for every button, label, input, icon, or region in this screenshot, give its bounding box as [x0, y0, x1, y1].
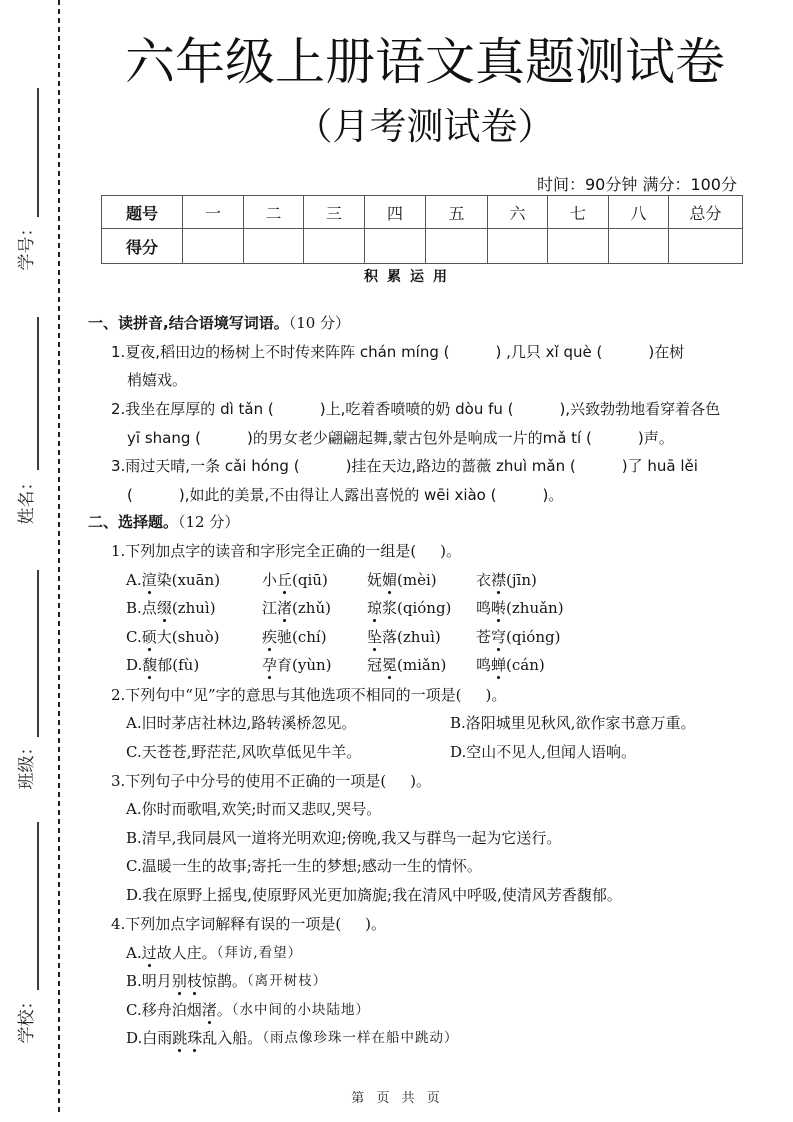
s2-q4-option-a: A.过故人庄。（拜访,看望） [126, 943, 302, 963]
option-label: D. [126, 1029, 142, 1047]
student-id-label: 学号： [17, 220, 37, 271]
word-pinyin: 落(zhuì) [382, 628, 441, 646]
answer-blank[interactable] [201, 428, 247, 448]
column-header: 七 [548, 196, 609, 229]
part-heading: 积累运用 [330, 268, 490, 286]
option-item: 鸣啭(zhuǎn) [476, 598, 564, 618]
option-text: 惊鹊。 [202, 972, 247, 990]
answer-blank[interactable] [514, 399, 560, 419]
s2-q4-option-c: C.移舟泊烟渚。（水中间的小块陆地） [126, 1000, 370, 1020]
word-pinyin: (cán) [506, 656, 545, 674]
option-explanation: （水中间的小块陆地） [232, 1002, 370, 1018]
column-header: 三 [304, 196, 365, 229]
option-explanation: （拜访,看望） [217, 945, 303, 961]
s2-q4-option-d: D.白雨跳珠乱入船。（雨点像珍珠一样在船中跳动） [126, 1028, 459, 1048]
time-score-info: 时间：90分钟 满分：100分 [537, 175, 737, 195]
column-header-total: 总分 [669, 196, 743, 229]
answer-blank[interactable] [450, 342, 496, 362]
option-text: C.天苍苍,野茫茫,风吹草低见牛羊。 [126, 743, 361, 761]
answer-blank[interactable] [462, 685, 486, 705]
dotted-character: 渲 [142, 571, 157, 595]
option-text: 。 [217, 1001, 232, 1019]
word-text: 鸣 [476, 656, 491, 674]
school-field[interactable] [37, 822, 39, 990]
column-header: 五 [426, 196, 488, 229]
answer-blank[interactable] [592, 428, 638, 448]
option-item: 疾驰(chí) [262, 627, 327, 647]
option-item: 鸣蝉(cán) [476, 655, 545, 675]
question-text: 2.我坐在厚厚的 dì tǎn ( [111, 400, 274, 418]
option-explanation: （离开树枝） [247, 973, 327, 989]
option-c: C.天苍苍,野茫茫,风吹草低见牛羊。 [126, 742, 361, 762]
s2-q1-option-c: C.硕大(shuò) 疾驰(chí) 坠落(zhuì) 苍穹(qióng) [0, 627, 793, 647]
s2-q3-option-b: B.清早,我同晨风一道将光明欢迎;傍晚,我又与群鸟一起为它送行。 [126, 828, 561, 848]
s2-question-2-stem: 2.下列句中“见”字的意思与其他选项不相同的一项是()。 [111, 685, 506, 705]
word-pinyin: 染(xuān) [157, 571, 220, 589]
answer-blank[interactable] [341, 914, 365, 934]
score-row-label: 得分 [102, 229, 183, 264]
student-id-field[interactable] [37, 88, 39, 217]
option-label: D. [126, 656, 142, 674]
dotted-character: 孕 [262, 656, 277, 680]
binding-dashed-line [58, 0, 60, 1112]
question-text: 1.夏夜,稻田边的杨树上不时传来阵阵 chán míng ( [111, 343, 450, 361]
score-cell[interactable] [365, 229, 426, 264]
exam-title: 六年级上册语文真题测试卷 [100, 34, 750, 90]
s2-q3-option-c: C.温暖一生的故事;寄托一生的梦想;感动一生的情怀。 [126, 856, 482, 876]
score-cell-total[interactable] [669, 229, 743, 264]
word-text: 小 [262, 571, 277, 589]
word-pinyin: 郁(fù) [157, 656, 199, 674]
s2-q3-option-d: D.我在原野上摇曳,使原野风光更加旖旎;我在清风中呼吸,使清风芳香馥郁。 [126, 885, 622, 905]
class-field[interactable] [37, 570, 39, 737]
option-explanation: （雨点像珍珠一样在船中跳动） [262, 1030, 458, 1046]
question-stem: 4.下列加点字词解释有误的一项是( [111, 915, 341, 933]
student-name-label: 姓名： [17, 474, 37, 525]
word-pinyin: (jīn) [506, 571, 537, 589]
option-item: 小丘(qiū) [262, 570, 328, 590]
question-stem-end: )。 [365, 915, 386, 933]
option-text: 故人庄。 [157, 944, 217, 962]
dotted-character: 穹 [491, 628, 506, 652]
dotted-character: 媚 [382, 571, 397, 595]
question-text: )挂在天边,路边的蔷薇 zhuì mǎn ( [346, 457, 576, 475]
dotted-character: 硕 [142, 628, 157, 652]
question-text: ),如此的美景,不由得让人露出喜悦的 wēi xiào ( [179, 486, 497, 504]
school-label: 学校： [17, 993, 37, 1044]
option-label: C. [126, 1001, 142, 1019]
exam-subtitle: （月考测试卷） [100, 106, 750, 148]
word-pinyin: (zhǔ) [292, 599, 331, 617]
dotted-character: 坠 [367, 628, 382, 652]
s2-q4-option-b: B.明月别枝惊鹊。（离开树枝） [126, 971, 327, 991]
question-text: 3.雨过天晴,一条 cǎi hóng ( [111, 457, 300, 475]
s1-question-1-line-1: 1.夏夜,稻田边的杨树上不时传来阵阵 chán míng () ,几只 xǐ q… [111, 342, 684, 362]
s2-question-4-stem: 4.下列加点字词解释有误的一项是()。 [111, 914, 386, 934]
s1-question-1-line-2: 梢嬉戏。 [127, 370, 187, 390]
option-item: 江渚(zhǔ) [262, 598, 331, 618]
score-cell[interactable] [304, 229, 365, 264]
question-stem: 2.下列句中“见”字的意思与其他选项不相同的一项是( [111, 686, 462, 704]
s1-question-2-line-2: yī shang ()的男女老少翩翩起舞,蒙古包外是响成一片的mǎ tí ()声… [127, 428, 674, 448]
option-text: A.旧时茅店社林边,路转溪桥忽见。 [126, 714, 356, 732]
dotted-character: 跳珠 [172, 1029, 202, 1053]
word-text: 冠 [367, 656, 382, 674]
question-number-label: 题号 [102, 196, 183, 229]
option-item: 琼浆(qióng) [367, 598, 451, 618]
s1-question-3-line-1: 3.雨过天晴,一条 cǎi hóng ()挂在天边,路边的蔷薇 zhuì mǎn… [111, 456, 698, 476]
answer-blank[interactable] [386, 771, 410, 791]
word-pinyin: (qiū) [292, 571, 328, 589]
answer-blank[interactable] [274, 399, 320, 419]
question-text: )了 huā lěi [622, 457, 698, 475]
option-item: 冠冕(miǎn) [367, 655, 446, 675]
option-d: D.空山不见人,但闻人语响。 [450, 742, 636, 762]
question-text: )上,吃着香喷喷的奶 dòu fu ( [320, 400, 514, 418]
question-stem: 3.下列句子中分号的使用不正确的一项是( [111, 772, 386, 790]
option-item: 妩媚(mèi) [367, 570, 437, 590]
question-text: 梢嬉戏。 [127, 371, 187, 389]
option-item: A.渲染(xuān) [126, 570, 220, 590]
word-text: 江 [262, 599, 277, 617]
score-cell[interactable] [244, 229, 304, 264]
word-pinyin: 驰(chí) [277, 628, 327, 646]
dotted-character: 琼 [367, 599, 382, 623]
score-table-header-row: 题号 一 二 三 四 五 六 七 八 总分 [102, 196, 743, 229]
dotted-character: 渚 [277, 599, 292, 623]
dotted-character: 疾 [262, 628, 277, 652]
option-b: B.洛阳城里见秋风,欲作家书意万重。 [450, 713, 696, 733]
option-text: B.清早,我同晨风一道将光明欢迎;傍晚,我又与群鸟一起为它送行。 [126, 829, 561, 847]
score-cell[interactable] [426, 229, 488, 264]
section-2-title: 二、选择题。（12 分） [88, 512, 239, 532]
s2-question-3-stem: 3.下列句子中分号的使用不正确的一项是()。 [111, 771, 431, 791]
word-pinyin: 浆(qióng) [382, 599, 451, 617]
option-item: C.硕大(shuò) [126, 627, 220, 647]
option-item: B.点缀(zhuì) [126, 598, 216, 618]
option-text: 明月 [142, 972, 172, 990]
option-label: A. [126, 944, 142, 962]
dotted-character: 襟 [491, 571, 506, 595]
word-pinyin: (mèi) [397, 571, 437, 589]
s2-q1-option-b: B.点缀(zhuì) 江渚(zhǔ) 琼浆(qióng) 鸣啭(zhuǎn) [0, 598, 793, 618]
word-pinyin: 育(yùn) [277, 656, 332, 674]
dotted-character: 渚 [202, 1001, 217, 1025]
question-text: yī shang ( [127, 429, 201, 447]
option-item: D.馥郁(fù) [126, 655, 199, 675]
answer-blank[interactable] [602, 342, 648, 362]
dotted-character: 啭 [491, 599, 506, 623]
word-pinyin: (zhuǎn) [506, 599, 564, 617]
option-text: 白雨 [142, 1029, 172, 1047]
dotted-character: 馥 [142, 656, 157, 680]
column-header: 二 [244, 196, 304, 229]
question-text: )在树 [648, 343, 684, 361]
option-a: A.旧时茅店社林边,路转溪桥忽见。 [126, 713, 356, 733]
score-cell[interactable] [183, 229, 244, 264]
score-table-score-row: 得分 [102, 229, 743, 264]
word-text: 妩 [367, 571, 382, 589]
word-pinyin: 大(shuò) [157, 628, 220, 646]
option-text: 乱入船。 [202, 1029, 262, 1047]
option-label: C. [126, 628, 142, 646]
option-text: D.我在原野上摇曳,使原野风光更加旖旎;我在清风中呼吸,使清风芳香馥郁。 [126, 886, 622, 904]
s1-question-3-line-2: (),如此的美景,不由得让人露出喜悦的 wēi xiào ()。 [127, 485, 563, 505]
option-label: A. [126, 571, 142, 589]
answer-blank[interactable] [496, 485, 542, 505]
question-text: )声。 [638, 429, 674, 447]
score-cell[interactable] [609, 229, 669, 264]
column-header: 一 [183, 196, 244, 229]
dotted-character: 过 [142, 944, 157, 968]
dotted-character: 别枝 [172, 972, 202, 996]
option-item: 衣襟(jīn) [476, 570, 537, 590]
dotted-character: 缀 [157, 599, 172, 623]
option-item: 孕育(yùn) [262, 655, 332, 675]
dotted-character: 冕 [382, 656, 397, 680]
question-stem-end: )。 [486, 686, 507, 704]
column-header: 六 [488, 196, 548, 229]
score-cell[interactable] [488, 229, 548, 264]
word-text: 衣 [476, 571, 491, 589]
question-stem-end: )。 [410, 772, 431, 790]
column-header: 四 [365, 196, 426, 229]
option-text: C.温暖一生的故事;寄托一生的梦想;感动一生的情怀。 [126, 857, 482, 875]
s2-question-1-stem: 1.下列加点字的读音和字形完全正确的一组是()。 [111, 541, 461, 561]
word-pinyin: (qióng) [506, 628, 560, 646]
question-text: )。 [542, 486, 563, 504]
s2-q2-options-row-2: C.天苍苍,野茫茫,风吹草低见牛羊。 D.空山不见人,但闻人语响。 [0, 742, 793, 762]
option-label: B. [126, 972, 142, 990]
option-text: D.空山不见人,但闻人语响。 [450, 743, 636, 761]
answer-blank[interactable] [576, 456, 622, 476]
option-item: 苍穹(qióng) [476, 627, 560, 647]
dotted-character: 丘 [277, 571, 292, 595]
dotted-character: 蝉 [491, 656, 506, 680]
word-text: 苍 [476, 628, 491, 646]
s1-question-2-line-1: 2.我坐在厚厚的 dì tǎn ()上,吃着香喷喷的奶 dòu fu (),兴致… [111, 399, 720, 419]
page-number-footer: 第 页 共 页 [300, 1091, 495, 1107]
question-stem: 1.下列加点字的读音和字形完全正确的一组是( [111, 542, 416, 560]
answer-blank[interactable] [133, 485, 179, 505]
question-stem-end: )。 [440, 542, 461, 560]
section-title-text: 二、选择题。 [88, 513, 178, 531]
option-text: A.你时而歌唱,欢笑;时而又悲叹,哭号。 [126, 800, 381, 818]
option-text: B.洛阳城里见秋风,欲作家书意万重。 [450, 714, 696, 732]
word-text: 点 [142, 599, 157, 617]
question-text: )的男女老少翩翩起舞,蒙古包外是响成一片的mǎ tí ( [247, 429, 592, 447]
section-points: （12 分） [178, 513, 239, 531]
option-label: B. [126, 599, 142, 617]
column-header: 八 [609, 196, 669, 229]
answer-blank[interactable] [416, 541, 440, 561]
s2-q1-option-d: D.馥郁(fù) 孕育(yùn) 冠冕(miǎn) 鸣蝉(cán) [0, 655, 793, 675]
option-item: 坠落(zhuì) [367, 627, 441, 647]
question-text: ),兴致勃勃地看穿着各色 [560, 400, 721, 418]
s2-q3-option-a: A.你时而歌唱,欢笑;时而又悲叹,哭号。 [126, 799, 381, 819]
score-table: 题号 一 二 三 四 五 六 七 八 总分 得分 [101, 195, 743, 264]
option-text: 移舟泊烟 [142, 1001, 202, 1019]
word-pinyin: (miǎn) [397, 656, 446, 674]
answer-blank[interactable] [300, 456, 346, 476]
word-pinyin: (zhuì) [172, 599, 216, 617]
score-cell[interactable] [548, 229, 609, 264]
word-text: 鸣 [476, 599, 491, 617]
s2-q1-option-a: A.渲染(xuān) 小丘(qiū) 妩媚(mèi) 衣襟(jīn) [0, 570, 793, 590]
section-points: （10 分） [289, 314, 350, 332]
section-title-text: 一、读拼音,结合语境写词语。 [88, 314, 289, 332]
question-text: ) ,几只 xǐ què ( [496, 343, 603, 361]
student-name-field[interactable] [37, 317, 39, 470]
section-1-title: 一、读拼音,结合语境写词语。（10 分） [88, 313, 350, 333]
s2-q2-options-row-1: A.旧时茅店社林边,路转溪桥忽见。 B.洛阳城里见秋风,欲作家书意万重。 [0, 713, 793, 733]
